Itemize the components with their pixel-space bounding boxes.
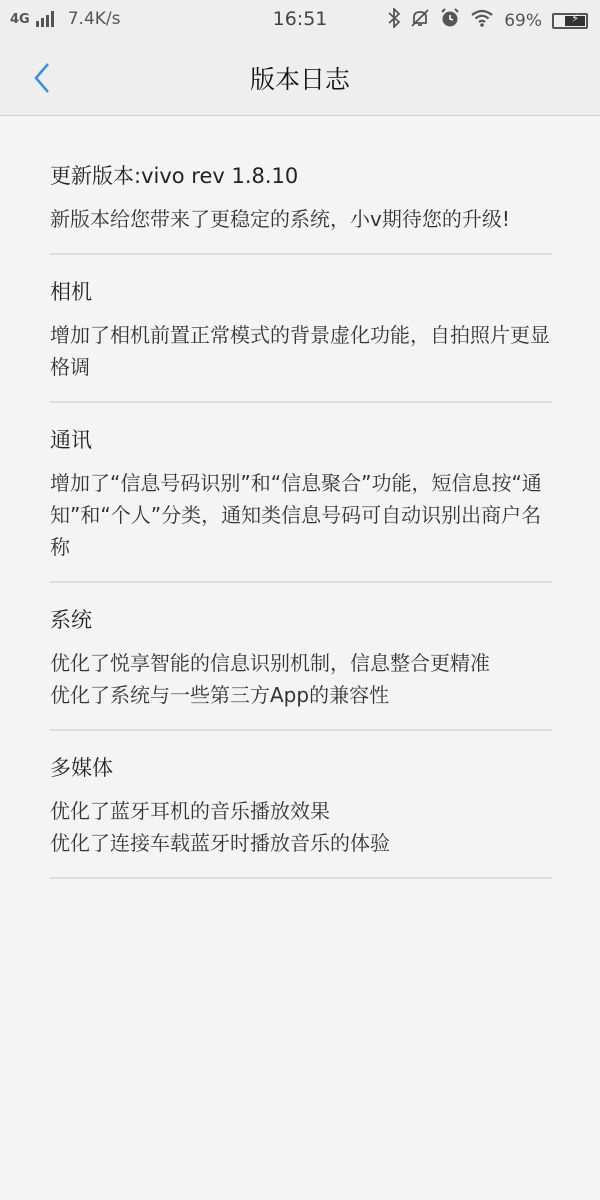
section-line: 增加了“信息号码识别”和“信息聚合”功能，短信息按“通知”和“个人”分类，通知类… <box>50 467 552 563</box>
battery-charging-icon: ⚡ <box>552 13 588 29</box>
section-camera: 相机 增加了相机前置正常模式的背景虚化功能，自拍照片更显格调 <box>50 277 552 403</box>
version-header: 更新版本:vivo rev 1.8.10 新版本给您带来了更稳定的系统，小v期待… <box>50 161 552 255</box>
section-title: 相机 <box>50 277 552 307</box>
alarm-icon <box>440 8 460 33</box>
mute-icon <box>410 8 430 33</box>
wifi-icon <box>470 9 494 32</box>
section-multimedia: 多媒体 优化了蓝牙耳机的音乐播放效果 优化了连接车载蓝牙时播放音乐的体验 <box>50 753 552 879</box>
bluetooth-icon <box>388 8 400 33</box>
section-line: 优化了悦享智能的信息识别机制，信息整合更精准 <box>50 647 552 679</box>
section-title: 通讯 <box>50 425 552 455</box>
section-line: 优化了连接车载蓝牙时播放音乐的体验 <box>50 827 552 859</box>
nav-bar: 版本日志 <box>0 40 600 116</box>
section-system: 系统 优化了悦享智能的信息识别机制，信息整合更精准 优化了系统与一些第三方App… <box>50 605 552 731</box>
version-label: 更新版本:vivo rev 1.8.10 <box>50 161 552 191</box>
status-bar: 4G 7.4K/s 16:51 69% ⚡ <box>0 0 600 40</box>
version-intro: 新版本给您带来了更稳定的系统，小v期待您的升级! <box>50 203 552 235</box>
section-line: 增加了相机前置正常模式的背景虚化功能，自拍照片更显格调 <box>50 319 552 383</box>
section-title: 多媒体 <box>50 753 552 783</box>
battery-percent: 69% <box>504 11 542 31</box>
page-title: 版本日志 <box>0 60 600 96</box>
changelog: 更新版本:vivo rev 1.8.10 新版本给您带来了更稳定的系统，小v期待… <box>50 116 552 879</box>
section-messaging: 通讯 增加了“信息号码识别”和“信息聚合”功能，短信息按“通知”和“个人”分类，… <box>50 425 552 583</box>
section-line: 优化了蓝牙耳机的音乐播放效果 <box>50 795 552 827</box>
section-line: 优化了系统与一些第三方App的兼容性 <box>50 679 552 711</box>
section-title: 系统 <box>50 605 552 635</box>
